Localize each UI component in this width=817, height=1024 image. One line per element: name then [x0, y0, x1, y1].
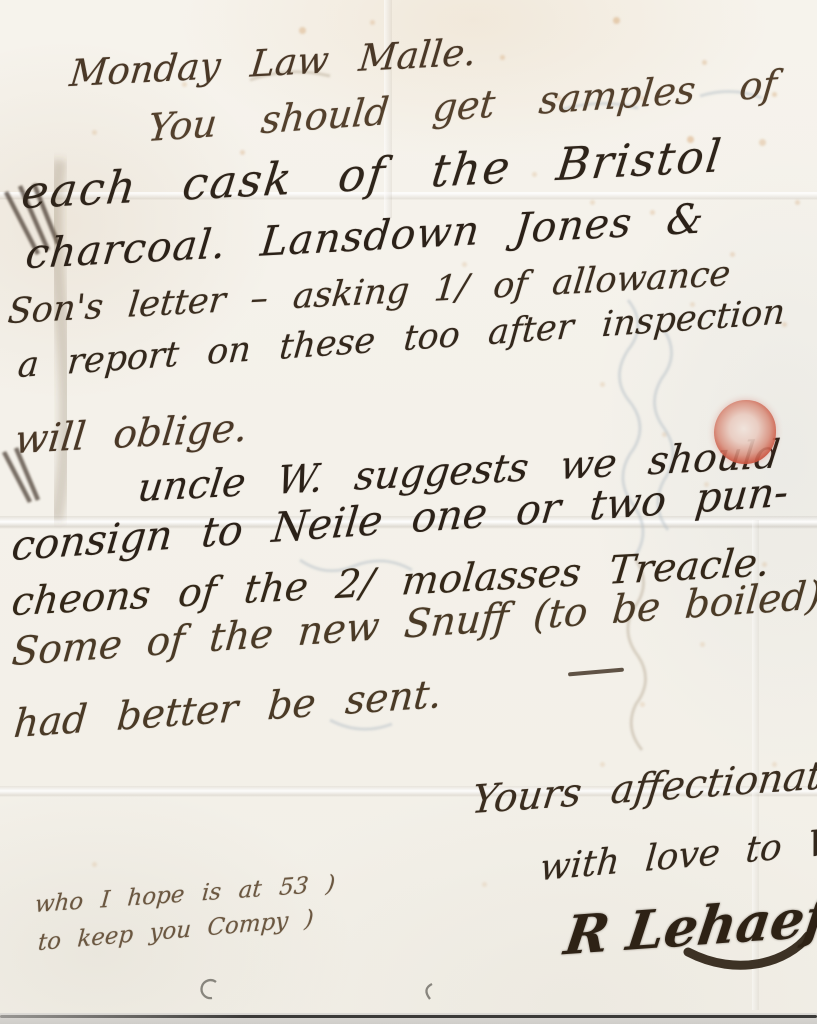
red-wax-seal [714, 400, 776, 464]
letter-body-line-12: had better be sent. [12, 672, 444, 747]
pencil-marks [202, 980, 432, 999]
scan-edge-line [0, 1015, 817, 1018]
closing-line-2-text: with love to W [538, 821, 817, 889]
letter-body-line-7: will oblige. [13, 406, 250, 463]
closing-line-2: with love to Wm [538, 820, 817, 890]
scanned-letter: Monday Law Malle. You should get samples… [0, 0, 817, 1024]
closing-line-1: Yours affectionately [469, 749, 817, 823]
signature: R Lehaefn [561, 884, 817, 968]
underline-mark [568, 668, 624, 677]
letter-page: Monday Law Malle. You should get samples… [0, 0, 817, 1014]
letter-body-line-1: Monday Law Malle. [68, 31, 479, 96]
foxing-stains [0, 0, 5, 5]
